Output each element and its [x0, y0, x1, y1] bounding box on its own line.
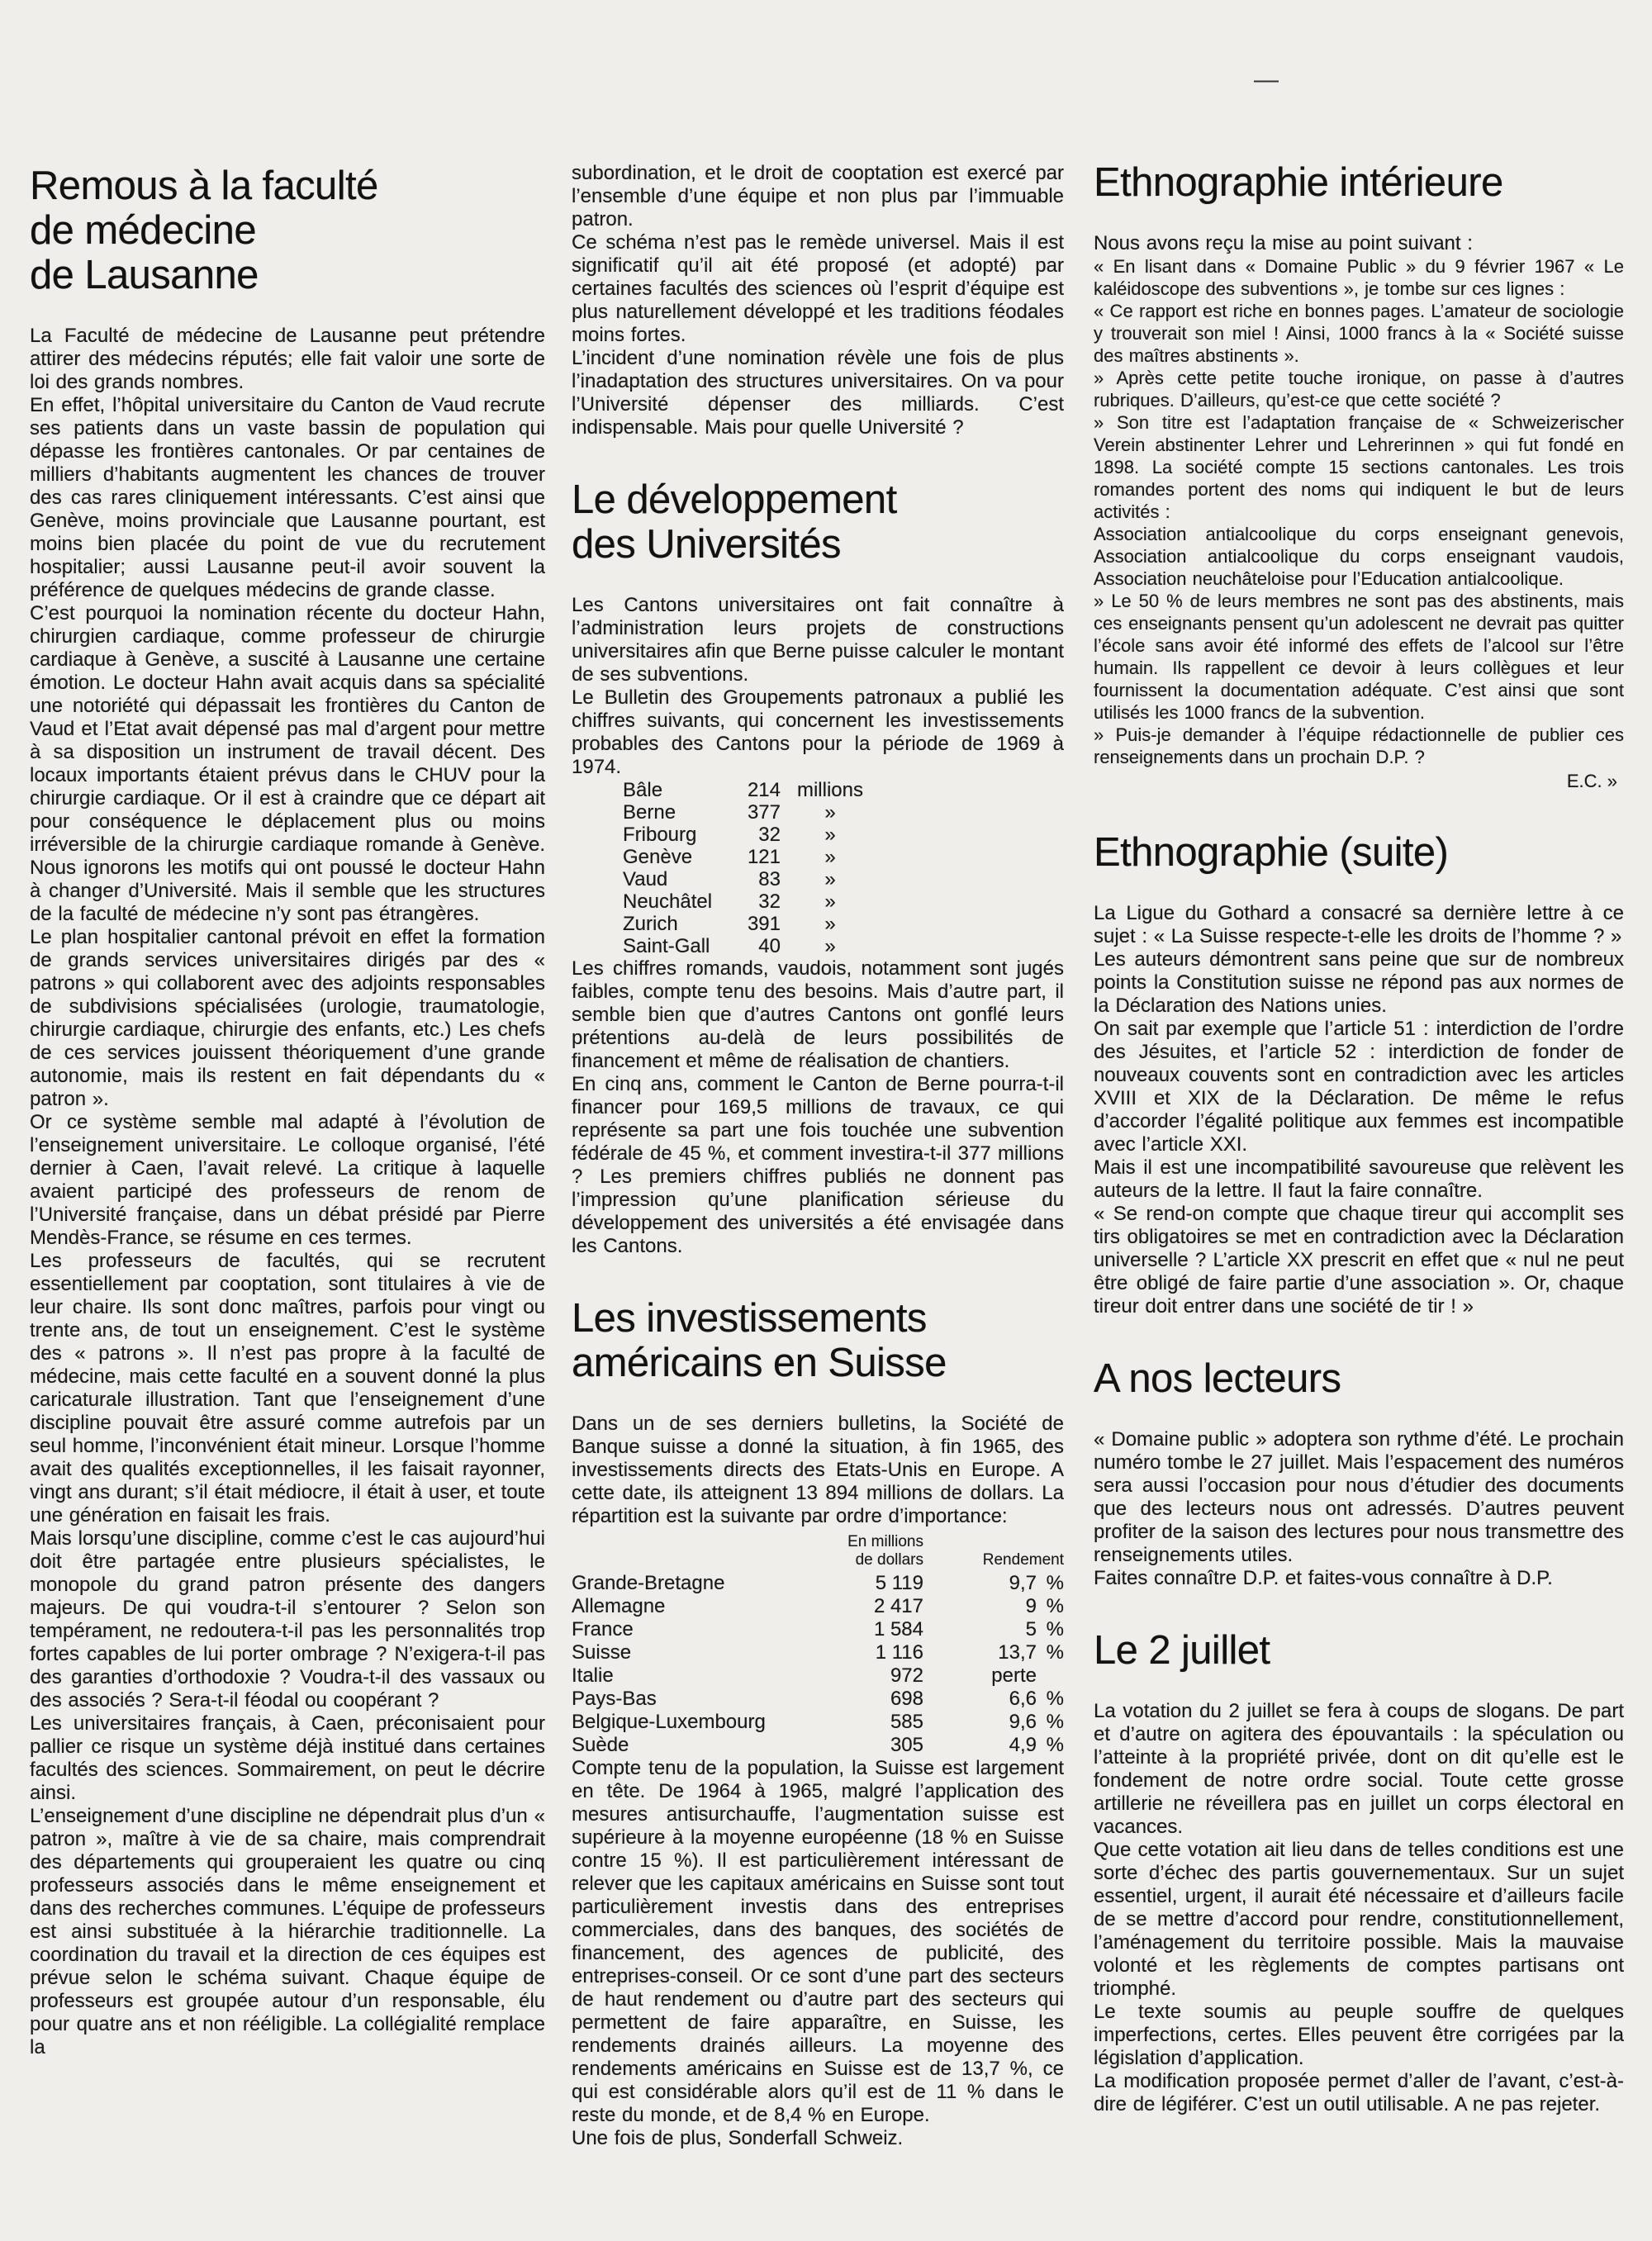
headline-line: Le développement: [572, 477, 1064, 522]
table-row: Allemagne 2 417 9 %: [572, 1595, 1064, 1618]
canton-name: Bâle: [623, 779, 722, 801]
letter-paragraph: » Le 50 % de leurs membres ne sont pas d…: [1094, 590, 1624, 724]
print-artifact-dash: —: [1254, 66, 1279, 94]
country-amount: 1 584: [800, 1618, 923, 1641]
paragraph: Dans un de ses derniers bulletins, la So…: [572, 1412, 1064, 1528]
table-row: Berne 377 »: [623, 801, 1064, 824]
country-name: Italie: [572, 1664, 800, 1688]
paragraph: Les professeurs de facultés, qui se recr…: [30, 1250, 545, 1527]
paragraph: Que cette votation ait lieu dans de tell…: [1094, 1839, 1624, 2001]
table-row: Grande-Bretagne 5 119 9,7 %: [572, 1572, 1064, 1595]
letter-signature: E.C. »: [1094, 770, 1617, 792]
canton-amount: 214: [722, 779, 781, 801]
paragraph: « Se rend-on compte que chaque tireur qu…: [1094, 1203, 1624, 1318]
table-row: Vaud 83 »: [623, 868, 1064, 890]
paragraph: Compte tenu de la population, la Suisse …: [572, 1757, 1064, 2127]
canton-name: Neuchâtel: [623, 890, 722, 913]
country-yield: 5 %: [923, 1618, 1064, 1641]
paragraph: subordination, et le droit de cooptation…: [572, 162, 1064, 231]
country-amount: 5 119: [800, 1572, 923, 1595]
table-row: Italie 972 perte: [572, 1664, 1064, 1688]
investments-table-header: En millions de dollars Rendement: [572, 1533, 1064, 1569]
canton-unit: »: [781, 824, 880, 846]
yield-percent-sign: %: [1037, 1711, 1064, 1734]
yield-value: 6,6: [923, 1688, 1037, 1711]
paragraph: Ce schéma n’est pas le remède universel.…: [572, 231, 1064, 347]
canton-amount: 32: [722, 890, 781, 913]
article-body-investissements-after: Compte tenu de la population, la Suisse …: [572, 1757, 1064, 2150]
paragraph: Faites connaître D.P. et faites-vous con…: [1094, 1567, 1624, 1590]
paragraph: Le texte soumis au peuple souffre de que…: [1094, 2001, 1624, 2070]
table-row: Genève 121 »: [623, 846, 1064, 868]
headline-line: de médecine: [30, 208, 545, 253]
article-body-investissements-intro: Dans un de ses derniers bulletins, la So…: [572, 1412, 1064, 1528]
canton-unit: »: [781, 801, 880, 824]
yield-value: 5: [923, 1618, 1037, 1641]
article-title-ethnographie: Ethnographie intérieure: [1094, 160, 1624, 205]
article-body-ethnographie-suite: La Ligue du Gothard a consacré sa derniè…: [1094, 902, 1624, 1318]
column-middle: subordination, et le droit de cooptation…: [572, 162, 1064, 2150]
country-amount: 305: [800, 1734, 923, 1757]
paragraph: Une fois de plus, Sonderfall Schweiz.: [572, 2127, 1064, 2150]
canton-amount: 391: [722, 913, 781, 935]
paragraph: La Faculté de médecine de Lausanne peut …: [30, 325, 545, 394]
yield-percent-sign: %: [1037, 1595, 1064, 1618]
yield-percent-sign: %: [1037, 1572, 1064, 1595]
canton-unit: »: [781, 935, 880, 957]
investments-table: Grande-Bretagne 5 119 9,7 % Allemagne 2 …: [572, 1572, 1064, 1757]
paragraph: Mais lorsqu’une discipline, comme c’est …: [30, 1527, 545, 1712]
paragraph: C’est pourquoi la nomination récente du …: [30, 602, 545, 926]
table-row: Pays-Bas 698 6,6 %: [572, 1688, 1064, 1711]
table-row: Bâle 214 millions: [623, 779, 1064, 801]
yield-percent-sign: %: [1037, 1618, 1064, 1641]
paragraph: Les chiffres romands, vaudois, notamment…: [572, 957, 1064, 1073]
paragraph: En effet, l’hôpital universitaire du Can…: [30, 394, 545, 602]
country-name: Grande-Bretagne: [572, 1572, 800, 1595]
country-yield: perte: [923, 1664, 1064, 1688]
headline-line: Les investissements: [572, 1296, 1064, 1341]
yield-value: 13,7: [923, 1641, 1037, 1664]
letter-paragraph: » Son titre est l’adaptation française d…: [1094, 411, 1624, 523]
newspaper-page: { "page": { "background": "#efeeea", "te…: [0, 0, 1652, 2241]
country-name: Suède: [572, 1734, 800, 1757]
yield-value: 9: [923, 1595, 1037, 1618]
yield-value: 9,6: [923, 1711, 1037, 1734]
paragraph: La modification proposée permet d’aller …: [1094, 2070, 1624, 2116]
paragraph: En cinq ans, comment le Canton de Berne …: [572, 1073, 1064, 1258]
paragraph: On sait par exemple que l’article 51 : i…: [1094, 1018, 1624, 1156]
reader-letter: « En lisant dans « Domaine Public » du 9…: [1094, 255, 1624, 768]
country-name: France: [572, 1618, 800, 1641]
yield-percent-sign: %: [1037, 1688, 1064, 1711]
article-title-a-nos-lecteurs: A nos lecteurs: [1094, 1356, 1624, 1401]
paragraph: La votation du 2 juillet se fera à coups…: [1094, 1700, 1624, 1839]
paragraph: Le plan hospitalier cantonal prévoit en …: [30, 926, 545, 1111]
paragraph: « Domaine public » adoptera son rythme d…: [1094, 1428, 1624, 1567]
table-row: Belgique-Luxembourg 585 9,6 %: [572, 1711, 1064, 1734]
canton-unit: millions: [781, 779, 880, 801]
paragraph: Mais il est une incompatibilité savoureu…: [1094, 1156, 1624, 1203]
country-yield: 9,7 %: [923, 1572, 1064, 1595]
country-yield: 13,7 %: [923, 1641, 1064, 1664]
article-body-a-nos-lecteurs: « Domaine public » adoptera son rythme d…: [1094, 1428, 1624, 1590]
letter-paragraph: « En lisant dans « Domaine Public » du 9…: [1094, 255, 1624, 300]
column-left: Remous à la facultéde médecinede Lausann…: [30, 164, 545, 2059]
letter-paragraph: « Ce rapport est riche en bonnes pages. …: [1094, 300, 1624, 367]
canton-unit: »: [781, 868, 880, 890]
article-body-remous: La Faculté de médecine de Lausanne peut …: [30, 325, 545, 2059]
table-row: Neuchâtel 32 »: [623, 890, 1064, 913]
paragraph: Les Cantons universitaires ont fait conn…: [572, 594, 1064, 686]
paragraph: Le Bulletin des Groupements patronaux a …: [572, 686, 1064, 779]
paragraph: Les auteurs démontrent sans peine que su…: [1094, 948, 1624, 1018]
country-yield: 4,9 %: [923, 1734, 1064, 1757]
canton-name: Zurich: [623, 913, 722, 935]
cantons-investments-table: Bâle 214 millions Berne 377 » Fribourg 3…: [623, 779, 1064, 957]
yield-percent-sign: [1037, 1664, 1064, 1688]
article-remous-continuation: subordination, et le droit de cooptation…: [572, 162, 1064, 439]
country-yield: 6,6 %: [923, 1688, 1064, 1711]
canton-name: Saint-Gall: [623, 935, 722, 957]
table-row: Saint-Gall 40 »: [623, 935, 1064, 957]
country-amount: 698: [800, 1688, 923, 1711]
yield-value: perte: [923, 1664, 1037, 1688]
column-header-amount-line1: En millions: [800, 1533, 923, 1551]
canton-name: Berne: [623, 801, 722, 824]
article-title-universites: Le développementdes Universités: [572, 477, 1064, 567]
headline-line: américains en Suisse: [572, 1341, 1064, 1385]
country-yield: 9,6 %: [923, 1711, 1064, 1734]
country-name: Allemagne: [572, 1595, 800, 1618]
headline-line: de Lausanne: [30, 253, 545, 297]
country-amount: 972: [800, 1664, 923, 1688]
country-name: Pays-Bas: [572, 1688, 800, 1711]
letter-paragraph: » Puis-je demander à l’équipe rédactionn…: [1094, 724, 1624, 768]
column-right: Ethnographie intérieure Nous avons reçu …: [1094, 160, 1624, 2116]
canton-name: Vaud: [623, 868, 722, 890]
ethnographie-intro: Nous avons reçu la mise au point suivant…: [1094, 232, 1624, 255]
table-row: Zurich 391 »: [623, 913, 1064, 935]
column-header-amount: En millions de dollars: [800, 1533, 923, 1569]
paragraph: Or ce système semble mal adapté à l’évol…: [30, 1111, 545, 1250]
country-name: Belgique-Luxembourg: [572, 1711, 800, 1734]
canton-amount: 377: [722, 801, 781, 824]
page: — Remous à la facultéde médecinede Lausa…: [0, 0, 1652, 2241]
paragraph: La Ligue du Gothard a consacré sa derniè…: [1094, 902, 1624, 948]
headline-line: des Universités: [572, 522, 1064, 567]
article-body-universites-intro: Les Cantons universitaires ont fait conn…: [572, 594, 1064, 779]
yield-value: 4,9: [923, 1734, 1037, 1757]
paragraph: Les universitaires français, à Caen, pré…: [30, 1712, 545, 1805]
column-header-yield: Rendement: [923, 1551, 1064, 1569]
country-amount: 2 417: [800, 1595, 923, 1618]
canton-amount: 32: [722, 824, 781, 846]
table-row: France 1 584 5 %: [572, 1618, 1064, 1641]
country-amount: 1 116: [800, 1641, 923, 1664]
letter-paragraph: » Après cette petite touche ironique, on…: [1094, 367, 1624, 411]
country-name: Suisse: [572, 1641, 800, 1664]
country-amount: 585: [800, 1711, 923, 1734]
headline-line: Remous à la faculté: [30, 164, 545, 208]
table-row: Suisse 1 116 13,7 %: [572, 1641, 1064, 1664]
letter-paragraph: Association antialcoolique du corps ense…: [1094, 523, 1624, 590]
article-title-le-2-juillet: Le 2 juillet: [1094, 1628, 1624, 1673]
canton-name: Fribourg: [623, 824, 722, 846]
paragraph: L’enseignement d’une discipline ne dépen…: [30, 1805, 545, 2059]
canton-unit: »: [781, 890, 880, 913]
article-title-ethnographie-suite: Ethnographie (suite): [1094, 830, 1624, 875]
article-body-le-2-juillet: La votation du 2 juillet se fera à coups…: [1094, 1700, 1624, 2116]
yield-percent-sign: %: [1037, 1734, 1064, 1757]
canton-amount: 121: [722, 846, 781, 868]
yield-percent-sign: %: [1037, 1641, 1064, 1664]
country-yield: 9 %: [923, 1595, 1064, 1618]
article-body-universites-after: Les chiffres romands, vaudois, notamment…: [572, 957, 1064, 1258]
article-title-remous: Remous à la facultéde médecinede Lausann…: [30, 164, 545, 297]
table-row: Fribourg 32 »: [623, 824, 1064, 846]
column-header-amount-line2: de dollars: [800, 1551, 923, 1569]
table-row: Suède 305 4,9 %: [572, 1734, 1064, 1757]
article-title-investissements: Les investissementsaméricains en Suisse: [572, 1296, 1064, 1385]
paragraph: L’incident d’une nomination révèle une f…: [572, 347, 1064, 439]
canton-unit: »: [781, 913, 880, 935]
canton-amount: 40: [722, 935, 781, 957]
yield-value: 9,7: [923, 1572, 1037, 1595]
canton-unit: »: [781, 846, 880, 868]
canton-amount: 83: [722, 868, 781, 890]
canton-name: Genève: [623, 846, 722, 868]
